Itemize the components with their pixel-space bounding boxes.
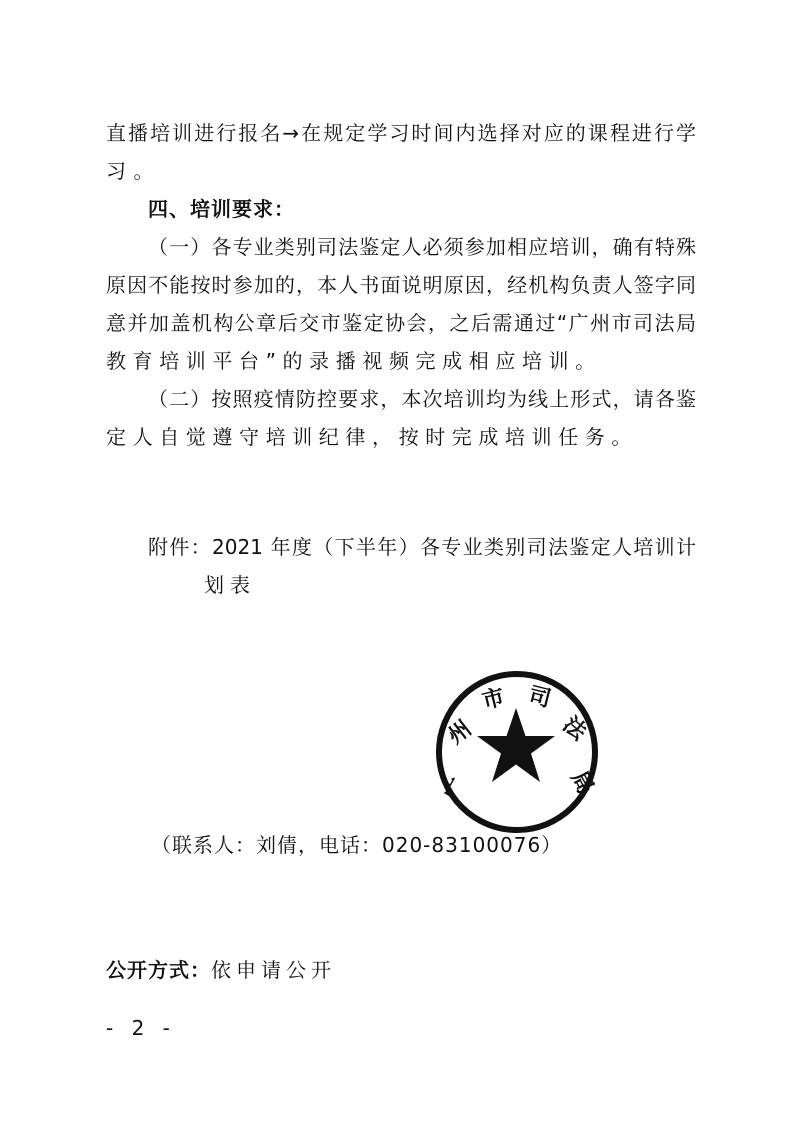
disclosure-label: 公开方式： <box>106 958 211 982</box>
attachment-line[interactable]: 附件：2021 年度（下半年）各专业类别司法鉴定人培训计 <box>148 533 696 561</box>
body-text-line: （一）各专业类别司法鉴定人必须参加相应培训，确有特殊 <box>148 233 696 261</box>
body-text-line: 习。 <box>106 157 696 185</box>
attachment-line: 划表 <box>204 571 794 599</box>
seal-char: 司 <box>526 683 553 713</box>
body-text-line: 意并加盖机构公章后交市鉴定协会，之后需通过“广州市司法局 <box>106 309 696 337</box>
disclosure-value: 依申请公开 <box>211 958 336 982</box>
body-text-line: 直播培训进行报名→在规定学习时间内选择对应的课程进行学 <box>106 119 696 147</box>
star-icon <box>477 708 555 782</box>
page-number: - 2 - <box>106 1014 696 1042</box>
body-text-line: 定人自觉遵守培训纪律，按时完成培训任务。 <box>106 423 696 451</box>
official-seal: 广 州 市 司 法 局 <box>432 666 604 838</box>
body-text-line: （二）按照疫情防控要求，本次培训均为线上形式，请各鉴 <box>148 385 696 413</box>
seal-char: 市 <box>480 685 507 715</box>
body-text-line: 教育培训平台”的录播视频完成相应培训。 <box>106 347 696 375</box>
disclosure: 公开方式：依申请公开 <box>106 956 696 984</box>
section-heading: 四、培训要求： <box>148 195 696 223</box>
body-text-line: 原因不能按时参加的，本人书面说明原因，经机构负责人签字同 <box>106 271 696 299</box>
contact-info: （联系人：刘倩，电话：020-83100076） <box>151 831 741 859</box>
